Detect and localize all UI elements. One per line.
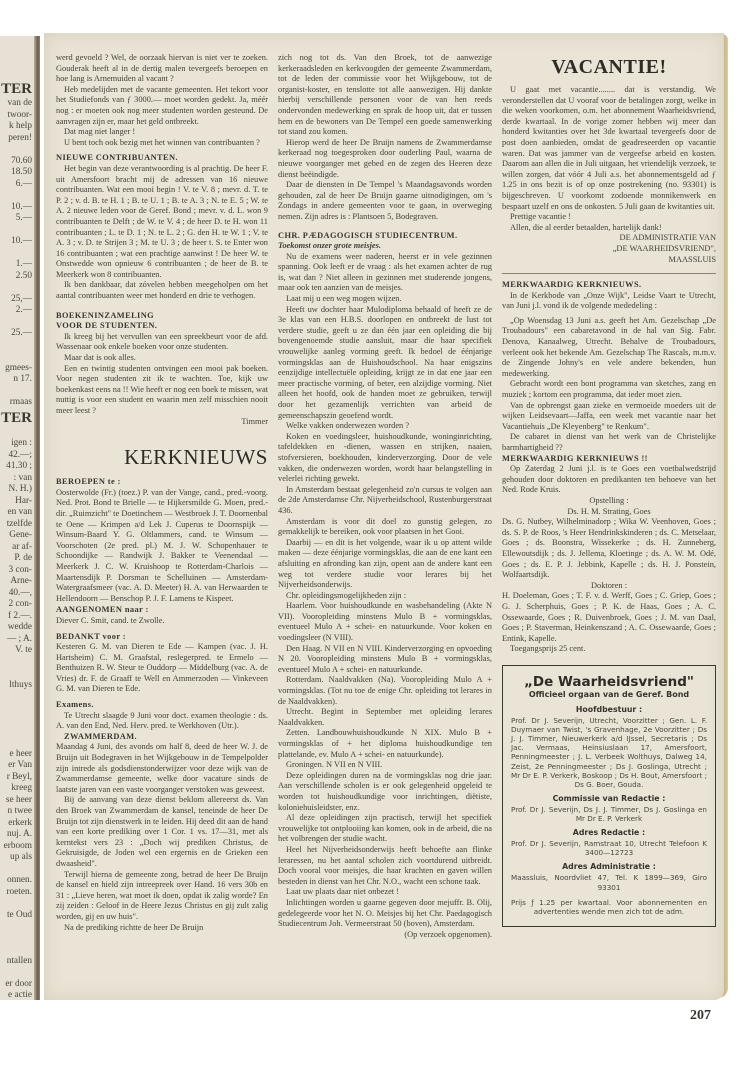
previous-page-edge: TERvan detwoor-k helpperen! 70.6018.506.… <box>0 36 40 1000</box>
footer-note: (Op verzoek opgenomen). <box>278 930 492 941</box>
previous-page-line: erboom <box>0 841 32 853</box>
paragraph: Laat uw plaats daar niet onbezet ! <box>278 887 492 898</box>
paragraph: Heel het Nijverheidsonderwijs heeft beho… <box>278 845 492 887</box>
paragraph: Allen, die al eerder betaalden, hartelij… <box>502 223 716 234</box>
paragraph: De cabaret in dienst van het werk van de… <box>502 432 716 453</box>
paragraph: U gaat met vacantie........ dat is verst… <box>502 85 716 212</box>
previous-page-line: lthuys <box>0 680 32 692</box>
previous-page-line: 1.— <box>0 259 32 271</box>
previous-page-line <box>0 144 32 156</box>
paragraph: Te Utrecht slaagde 9 Juni voor doct. exa… <box>56 711 268 732</box>
masthead-body: Prof. Dr J. Severijn, Ds J. J. Timmer, D… <box>511 805 707 823</box>
previous-page-line: Gene- <box>0 530 32 542</box>
paragraph: Kesteren G. M. van Dieren te Ede — Kampe… <box>56 642 268 695</box>
previous-page-line <box>0 427 32 439</box>
team-list: Ds. G. Nutbey, Wilhelminadorp ; Wika W. … <box>502 517 716 581</box>
previous-page-line: tzelfde <box>0 519 32 531</box>
paragraph: Terwijl hierna de gemeente zong, betrad … <box>56 870 268 923</box>
studiecentrum-article: Nu de examens weer naderen, heerst er in… <box>278 252 492 930</box>
team-list: H. Doeleman, Goes ; T. F. v. d. Werff, G… <box>502 591 716 644</box>
previous-page-line <box>0 351 32 363</box>
previous-page-text: TERvan detwoor-k helpperen! 70.6018.506.… <box>0 80 32 1000</box>
paragraph: Heb medelijden met de vacante gemeenten.… <box>56 85 268 127</box>
previous-page-line: kreeg <box>0 783 32 795</box>
previous-page-line <box>0 714 32 726</box>
column-1: werd gevoeld ? Wel, de oorzaak hiervan i… <box>56 53 268 933</box>
previous-page-line: k help <box>0 121 32 133</box>
previous-page-line: 5.— <box>0 213 32 225</box>
paragraph: Laat mij u een weg mogen wijzen. <box>278 294 492 305</box>
previous-page-line: 2 con- <box>0 599 32 611</box>
paragraph: Ik kreeg bij het vervullen van een spree… <box>56 332 268 353</box>
paragraph: Daarbij — en dit is het volgende, waar i… <box>278 538 492 591</box>
previous-page-line: roeten. <box>0 887 32 899</box>
section-heading: VOOR DE STUDENTEN. <box>56 321 268 332</box>
paragraph: Heeft uw dochter haar Mulodiploma behaal… <box>278 305 492 422</box>
subheading: Doktoren : <box>502 581 716 592</box>
previous-page-line: Arne- <box>0 576 32 588</box>
previous-page-line: r Beyl, <box>0 772 32 784</box>
previous-page-line: 2.50 <box>0 271 32 283</box>
paragraph: Na de prediking richtte de heer De Bruij… <box>56 923 268 934</box>
previous-page-line: 70.60 <box>0 156 32 168</box>
previous-page-line: n twee <box>0 806 32 818</box>
paragraph: Haarlem. Voor huishoudkunde en wasbehand… <box>278 601 492 643</box>
section-heading: BOEKENINZAMELING <box>56 311 268 322</box>
paragraph: Den Haag. N VII en N VIII. Kinderverzorg… <box>278 644 492 676</box>
previous-page-line <box>0 933 32 945</box>
paragraph: Dat mag niet langer ! <box>56 127 268 138</box>
previous-page-line <box>0 898 32 910</box>
previous-page-line <box>0 317 32 329</box>
previous-page-line: TER <box>0 409 32 427</box>
masthead-body: Maassluis, Noordvliet 47, Tel. K 1899—36… <box>511 873 707 891</box>
vacantie-title: VACANTIE! <box>502 55 716 79</box>
section-heading: MERKWAARDIG KERKNIEUWS !! <box>502 454 716 465</box>
masthead-heading: Commissie van Redactie : <box>511 794 707 803</box>
paragraph: Ik ben dankbaar, dat zóvelen hebben meeg… <box>56 280 268 301</box>
paragraph: Nu de examens weer naderen, heerst er in… <box>278 252 492 294</box>
previous-page-line: se heer <box>0 795 32 807</box>
previous-page-line: igen : <box>0 438 32 450</box>
team-captain: Ds. H. M. Strating, Goes <box>502 507 716 518</box>
previous-page-line <box>0 657 32 669</box>
previous-page-line: en van <box>0 507 32 519</box>
previous-page-line: twoor- <box>0 110 32 122</box>
previous-page-line: f 2.—. <box>0 611 32 623</box>
previous-page-line: nuj. A. <box>0 829 32 841</box>
previous-page-line: van de <box>0 98 32 110</box>
previous-page-line: 6.— <box>0 179 32 191</box>
paragraph: Utrecht. Begint in September met opleidi… <box>278 707 492 728</box>
previous-page-line <box>0 944 32 956</box>
masthead-box: „De Waarheidsvriend" Officieel orgaan va… <box>502 665 716 927</box>
section-subheading: Toekomst onzer grote meisjes. <box>278 241 492 252</box>
column-2: zich nog tot ds. Van den Broek, tot de a… <box>278 53 492 940</box>
previous-page-line: — ; A. <box>0 634 32 646</box>
section-heading: Examens. <box>56 700 268 711</box>
paragraph: Maar dat is ook alles. <box>56 353 268 364</box>
paragraph: zich nog tot ds. Van den Broek, tot de a… <box>278 53 492 138</box>
paragraph: Rotterdam. Naaldvakken (Na). Vooropleidi… <box>278 675 492 707</box>
paragraph: Gebracht wordt een bont programma van sk… <box>502 379 716 400</box>
paragraph: U bent toch ook bezig met het winnen van… <box>56 138 268 149</box>
paragraph: Deze opleidingen duren na de vormingskla… <box>278 771 492 813</box>
signature-line: „DE WAARHEIDSVRIEND", <box>502 244 716 255</box>
previous-page-line: 18.50 <box>0 167 32 179</box>
previous-page-line: 2.— <box>0 305 32 317</box>
masthead-body: Prof. Dr J. Severijn, Ramstraat 10, Utre… <box>511 839 707 857</box>
masthead-body: Prof. Dr J. Severijn, Utrecht, Voorzitte… <box>511 716 707 789</box>
paragraph: Amsterdam is voor dit doel zo gunstig ge… <box>278 517 492 538</box>
previous-page-line: te Oud <box>0 910 32 922</box>
previous-page-line: : van <box>0 473 32 485</box>
paragraph: Oosterwolde (Fr.) (toez.) P. van der Van… <box>56 488 268 605</box>
admission-price: Toegangsprijs 25 cent. <box>502 644 716 655</box>
previous-page-line <box>0 282 32 294</box>
masthead-subtitle: Officieel orgaan van de Geref. Bond <box>511 690 707 699</box>
signature-line: MAASSLUIS <box>502 255 716 266</box>
previous-page-line: e actie <box>0 990 32 1000</box>
masthead-heading: Adres Redactie : <box>511 828 707 837</box>
paragraph: Het begin van deze verantwoording is al … <box>56 164 268 281</box>
previous-page-line: 40.—, <box>0 588 32 600</box>
paragraph: Een en twintig studenten ontvingen een m… <box>56 364 268 417</box>
section-heading: BEDANKT voor : <box>56 632 268 643</box>
previous-page-line: wedde <box>0 622 32 634</box>
previous-page-line: 10.— <box>0 236 32 248</box>
previous-page-line: 10.— <box>0 202 32 214</box>
paragraph: Zetten. Landbouwhuishoudkunde N XIX. Mul… <box>278 728 492 760</box>
previous-page-line <box>0 225 32 237</box>
previous-page-line: 25,— <box>0 294 32 306</box>
previous-page-line: V. te <box>0 645 32 657</box>
previous-page-line: Har- <box>0 496 32 508</box>
column-1-intro: werd gevoeld ? Wel, de oorzaak hiervan i… <box>56 53 268 148</box>
previous-page-line <box>0 668 32 680</box>
section-heading: NIEUWE CONTRIBUANTEN. <box>56 153 268 164</box>
paragraph: Diever C. Smit, cand. te Zwolle. <box>56 616 268 627</box>
previous-page-line <box>0 726 32 738</box>
masthead-heading: Adres Administratie : <box>511 862 707 871</box>
paragraph: Koken en voedingsleer, huishoudkunde, wo… <box>278 432 492 485</box>
paragraph: Daar de diensten in De Tempel 's Maandag… <box>278 180 492 222</box>
section-heading: MERKWAARDIG KERKNIEUWS. <box>502 280 716 291</box>
previous-page-line: ntallen <box>0 956 32 968</box>
previous-page-line: 42.—; <box>0 450 32 462</box>
previous-page-line: up als <box>0 852 32 864</box>
previous-page-line: rmaas <box>0 397 32 409</box>
paragraph: werd gevoeld ? Wel, de oorzaak hiervan i… <box>56 53 268 85</box>
section-heading: ZWAMMERDAM. <box>56 732 268 743</box>
book-spine <box>34 36 40 1000</box>
previous-page-line: P. de <box>0 553 32 565</box>
previous-page-line <box>0 921 32 933</box>
previous-page-line <box>0 864 32 876</box>
previous-page-line: erkerk <box>0 818 32 830</box>
section-heading: BEROEPEN te : <box>56 477 268 488</box>
previous-page-line: peren! <box>0 133 32 145</box>
section-heading: AANGENOMEN naar : <box>56 605 268 616</box>
section-heading: CHR. PÆDAGOGISCH STUDIECENTRUM. <box>278 231 492 242</box>
previous-page-line <box>0 967 32 979</box>
previous-page-line: n 17. <box>0 374 32 386</box>
signature-line: DE ADMINISTRATIE VAN <box>502 233 716 244</box>
paragraph: Prettige vacantie ! <box>502 212 716 223</box>
previous-page-line: ar af- <box>0 542 32 554</box>
previous-page-line <box>0 386 32 398</box>
paragraph: Van de opbrengst gaan zieke en vermoeide… <box>502 401 716 433</box>
masthead-heading: Hoofdbestuur : <box>511 705 707 714</box>
previous-page-line <box>0 691 32 703</box>
paragraph: Bij de aanvang van deze dienst beklom al… <box>56 795 268 869</box>
author-signature: Timmer <box>56 417 268 428</box>
previous-page-line <box>0 703 32 715</box>
divider <box>502 273 716 274</box>
paragraph: In de Kerkbode van „Onze Wijk", Leidse V… <box>502 291 716 312</box>
previous-page-line: 3 con- <box>0 565 32 577</box>
previous-page-line <box>0 190 32 202</box>
paragraph: Chr. opleidingsmogelijkheden zijn : <box>278 591 492 602</box>
previous-page-line: TER <box>0 80 32 98</box>
paragraph: Groningen. N VII en N VIII. <box>278 760 492 771</box>
masthead-body: Prijs ƒ 1.25 per kwartaal. Voor abonneme… <box>511 898 707 916</box>
previous-page-line: gmees- <box>0 363 32 375</box>
kerknieuws-title: KERKNIEUWS <box>56 445 268 469</box>
paragraph: Maandag 4 Juni, des avonds om half 8, de… <box>56 742 268 795</box>
paragraph: Welke vakken onderwezen worden ? <box>278 421 492 432</box>
previous-page-line <box>0 248 32 260</box>
previous-page-line: N. H.) <box>0 484 32 496</box>
subheading: Opstelling : <box>502 496 716 507</box>
previous-page-line: er Van <box>0 760 32 772</box>
previous-page-line: e heer <box>0 749 32 761</box>
page-number: 207 <box>690 1008 711 1024</box>
paragraph: In Amsterdam bestaat gelegenheid zo'n cu… <box>278 485 492 517</box>
previous-page-line: 25.— <box>0 328 32 340</box>
paragraph: „Op Woensdag 13 Juni a.s. geeft het Am. … <box>502 316 716 380</box>
previous-page-line <box>0 340 32 352</box>
paragraph: Op Zaterdag 2 Juni j.l. is te Goes een v… <box>502 464 716 496</box>
paragraph: Hierop werd de heer De Bruijn namens de … <box>278 138 492 180</box>
previous-page-line: er door <box>0 979 32 991</box>
previous-page-line: onnen. <box>0 875 32 887</box>
masthead-title: „De Waarheidsvriend" <box>511 674 707 690</box>
paragraph: Al deze opleidingen zijn practisch, terw… <box>278 813 492 845</box>
column-3: VACANTIE! U gaat met vacantie........ da… <box>502 53 716 927</box>
previous-page-line: 41.30 ; <box>0 461 32 473</box>
previous-page-line <box>0 737 32 749</box>
paragraph: Inlichtingen worden u gaarne gegeven doo… <box>278 898 492 930</box>
